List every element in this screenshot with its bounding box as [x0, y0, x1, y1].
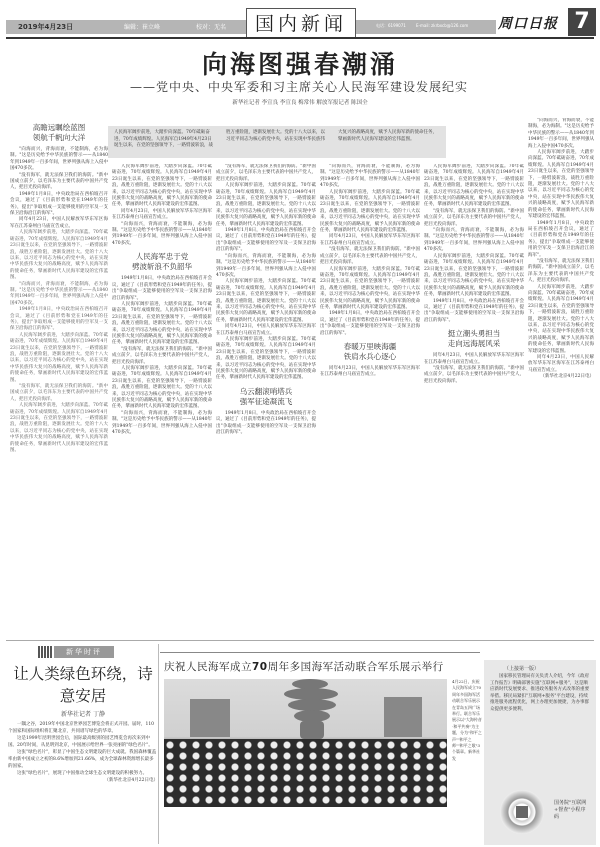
- paragraph: "没有海军，就无法保卫我们的海防。"新中国成立前夕，以毛泽东为主要代表的中国共产…: [424, 366, 524, 385]
- paragraph: "没有海军，就无法保卫我们的海防。"新中国成立前夕，以毛泽东为主要代表的中国共产…: [10, 384, 108, 403]
- paragraph: 人民海军阔步前进，大踏步向深蓝。70年砥砺奋进，70年成绩辉煌。人民海军自194…: [528, 285, 594, 355]
- paragraph: "向海而兴，背海而衰，不能制海，必为海制。"这是历史给予中华民族的警示——从18…: [216, 254, 316, 280]
- paragraph: 这张"绿色名片"，展现了中国推动全球生态文明建设的积极努力。: [8, 770, 158, 777]
- column-subheading: 人民海军忠于党 劈波斩浪不负韶华: [112, 252, 212, 272]
- paragraph: 人民海军阔步前进，大踏步向深蓝。70年砥砺奋进，70年成绩辉煌。人民海军自194…: [320, 190, 420, 235]
- article-column-1: 高瞻远瞩绘蓝图 领航千帆向大洋 "向海而兴，背海而衰，不能制海，必为海制。"这是…: [10, 118, 108, 638]
- lead-summary-box: 人民海军阔步前进，大踏步向深蓝。70年砥砺奋进，70年成绩辉煌。人民海军自194…: [108, 126, 446, 158]
- commentary-article: 新华时评 让人类绿色环绕，诗意安居 新华社记者 丁静 一隅之谷，2019年中国北…: [8, 646, 158, 846]
- paragraph: 同年4月23日，中国人民解放军华东军区海军在江苏泰州白马庙宣告成立。: [112, 209, 212, 222]
- paragraph: 1949年1月8日，中央政治局在西柏坡召开会议，通过了《目前形势和党在1949年…: [528, 221, 594, 259]
- paragraph: 人民海军阔步前进，大踏步向深蓝。70年砥砺奋进，70年成绩辉煌。人民海军自194…: [10, 230, 108, 281]
- main-subhead: ——党中央、中央军委和习主席关心人民海军建设发展纪实: [130, 78, 550, 95]
- article-column-2: 人民海军阔步前进，大踏步向深蓝。70年砥砺奋进，70年成绩辉煌。人民海军自194…: [112, 164, 212, 638]
- paragraph: 人民海军阔步前进，大踏步向深蓝。70年砥砺奋进，70年成绩辉煌。人民海军自194…: [112, 366, 212, 411]
- paragraph: 人民海军阔步前进，大踏步向深蓝。70年砥砺奋进，70年成绩辉煌。人民海军自194…: [528, 150, 594, 220]
- paragraph: 人民海军阔步前进，大踏步向深蓝。70年砥砺奋进，70年成绩辉煌。人民海军自194…: [216, 183, 316, 228]
- section-divider: [6, 640, 594, 641]
- paragraph: 1949年1月8日，中央政治局在西柏坡召开会议，通过了《目前形势和党在1949年…: [10, 192, 108, 218]
- paragraph: 同年4月23日，中国人民解放军华东军区海军在江苏泰州白马庙宣告成立。: [320, 366, 420, 379]
- paragraph: 人民海军阔步前进，大踏步向深蓝。70年砥砺奋进，70年成绩辉煌。人民海军自194…: [112, 164, 212, 209]
- commentary-tag: 新华时评: [38, 646, 118, 658]
- led-screen-right: [384, 697, 422, 737]
- photo-caption: 4月22日，庆祝人民海军成立70周年多国海军活动联合军乐展示在青岛五四广场举行。…: [452, 679, 482, 814]
- paragraph: 1949年1月8日，中央政治局在西柏坡召开会议，通过了《目前形势和党在1949年…: [216, 228, 316, 254]
- section-title: 国内新闻: [246, 8, 356, 38]
- paragraph: 同年4月23日，中国人民解放军华东军区海军在江苏泰州白马庙宣告成立。: [320, 234, 420, 247]
- paragraph: 这张"绿色名片"，彰显了中国生态文明建设的巨大成就。我国森林覆盖率由新中国成立之…: [8, 749, 158, 770]
- paragraph: "没有海军，就无法保卫我们的海防。"新中国成立前夕，以毛泽东为主要代表的中国共产…: [10, 173, 108, 192]
- column-subheading: 乌云翻滚哨塔兵 强军征途凝流飞: [216, 387, 316, 407]
- paragraph: 人民海军阔步前进，大踏步向深蓝。70年砥砺奋进，70年成绩辉煌。人民海军自194…: [216, 279, 316, 324]
- column-divider: [158, 644, 159, 844]
- article-column-3: "没有海军，就无法保卫我们的海防。"新中国成立前夕，以毛泽东为主要代表的中国共产…: [216, 164, 316, 638]
- paragraph: 1949年1月8日，中央政治局在西柏坡召开会议，通过了《目前形势和党在1949年…: [112, 276, 212, 302]
- paragraph: "没有海军，就无法保卫我们的海防。"新中国成立前夕，以毛泽东为主要代表的中国共产…: [528, 259, 594, 285]
- continued-tag: （上接第一版）: [504, 665, 590, 672]
- main-byline: 新华社记者 李宣良 李宣良 梅常伟 解放军报记者 陈国全: [0, 98, 600, 106]
- paragraph: "没有海军，就无法保卫我们的海防。"新中国成立前夕，以毛泽东为主要代表的中国共产…: [320, 247, 420, 266]
- paragraph: 人民海军阔步前进，大踏步向深蓝。70年砥砺奋进，70年成绩辉煌。人民海军自194…: [424, 254, 524, 299]
- commentary-credit: （新华社北京4月22日电）: [8, 777, 158, 784]
- sailors-crowd: [164, 739, 447, 807]
- article-column-6: "向海而兴，背海而衰，不能制海，必为海制。"这是历史给予中华民族的警示——从18…: [528, 118, 594, 638]
- paragraph: "没有海军，就无法保卫我们的海防。"新中国成立前夕，以毛泽东为主要代表的中国共产…: [424, 209, 524, 228]
- paragraph: "向海而兴，背海而衰，不能制海，必为海制。"这是历史给予中华民族的警示——从18…: [10, 147, 108, 173]
- masthead: 2019年4月23日 编辑：崔立峰 校对：无名 国内新闻 电话：6199071 …: [0, 0, 600, 40]
- column-subheading: 春暖万里映海疆 铁肩水兵心逐心: [320, 342, 420, 362]
- main-headline: 向海图强春潮涌: [0, 45, 600, 81]
- navy-band-photo: [164, 679, 447, 807]
- contact-phone: 电话：6199071: [376, 23, 406, 29]
- newspaper-logo: 周口日报: [498, 12, 560, 36]
- paragraph: 人民海军阔步前进，大踏步向深蓝。70年砥砺奋进，70年成绩辉煌。人民海军自194…: [320, 267, 420, 312]
- contact-bar: 电话：6199071 E-mail: zkrbxcb@126.com: [356, 20, 496, 34]
- paragraph: 1949年1月8日，中央政治局在西柏坡召开会议，通过了《目前形势和党在1949年…: [10, 307, 108, 333]
- paragraph: "没有海军，就无法保卫我们的海防。"新中国成立前夕，以毛泽东为主要代表的中国共产…: [216, 164, 316, 183]
- photo-feature-title: 庆祝人民海军成立70周年多国海军活动联合军乐展示举行: [164, 659, 480, 674]
- continued-article-box: （上接第一版） 国家移民管理局有关负责人介绍，今年《政府工作报告》明确部署实施"…: [484, 660, 596, 845]
- paragraph: "向海而兴，背海而衰，不能制海，必为海制。"这是历史给予中华民族的警示——从18…: [320, 164, 420, 190]
- masthead-info-bar: 2019年4月23日 编辑：崔立峰 校对：无名: [6, 20, 246, 34]
- lead-text: 人民海军阔步前进，大踏步向深蓝。70年砥砺奋进，70年成绩辉煌。人民海军自194…: [108, 126, 446, 154]
- paragraph: 人民海军阔步前进，大踏步向深蓝。70年砥砺奋进，70年成绩辉煌。人民海军自194…: [10, 333, 108, 384]
- led-screen-left: [190, 699, 230, 737]
- paragraph: 人民海军阔步前进，大踏步向深蓝。70年砥砺奋进，70年成绩辉煌。人民海军自194…: [424, 164, 524, 209]
- paragraph: 人民海军阔步前进，大踏步向深蓝。70年砥砺奋进，70年成绩辉煌。人民海军自194…: [112, 302, 212, 347]
- barcode-ornament-icon: [38, 646, 52, 658]
- commentary-title: 让人类绿色环绕，诗意安居: [8, 662, 158, 706]
- paragraph: 一隅之谷，2019年中国北京世界园艺博览会将正式开园。届时，110个国家和国际组…: [8, 721, 158, 735]
- paragraph: 同年4月23日，中国人民解放军华东军区海军在江苏泰州白马庙宣告成立。: [424, 353, 524, 366]
- page-number: 7: [568, 8, 596, 36]
- continued-body: 国家移民管理局有关负责人介绍，今年《政府工作报告》明确部署实施"互联网+服务"，…: [490, 674, 590, 714]
- paragraph: 这是1999年昆明世园会后，国际最高级别的园艺博览会再次来到中国。20年时间，从…: [8, 735, 158, 749]
- article-closing-credit: （新华社北京4月22日电）: [528, 374, 594, 380]
- contact-email: E-mail: zkrbxcb@126.com: [416, 23, 468, 28]
- commentary-body: 一隅之谷，2019年中国北京世界园艺博览会将正式开园。届时，110个国家和国际组…: [8, 721, 158, 784]
- column-subheading: 挺立潮头勇担当 走向远海展风采: [424, 329, 524, 349]
- column-subheading: 高瞻远瞩绘蓝图 领航千帆向大洋: [10, 123, 108, 143]
- qr-code-icon[interactable]: [500, 790, 544, 834]
- qr-caption: 国务院"互联网+督查"小程序码: [554, 800, 590, 821]
- masthead-rule: [6, 37, 594, 39]
- paragraph: 1949年1月8日，中央政治局在西柏坡召开会议，通过了《目前形势和党在1949年…: [216, 411, 316, 437]
- paragraph: 1949年1月8日，中央政治局在西柏坡召开会议，通过了《目前形势和党在1949年…: [320, 311, 420, 337]
- photo-feature: 庆祝人民海军成立70周年多国海军活动联合军乐展示举行 4月22日，庆祝人民海军成…: [160, 652, 480, 847]
- paragraph: 1949年1月8日，中央政治局在西柏坡召开会议，通过了《目前形势和党在1949年…: [424, 299, 524, 325]
- paragraph: "向海而兴，背海而衰，不能制海，必为海制。"这是历史给予中华民族的警示——从18…: [112, 411, 212, 437]
- paragraph: "向海而兴，背海而衰，不能制海，必为海制。"这是历史给予中华民族的警示——从18…: [112, 222, 212, 248]
- paragraph: "没有海军，就无法保卫我们的海防。"新中国成立前夕，以毛泽东为主要代表的中国共产…: [112, 347, 212, 366]
- paragraph: 同年4月23日，中国人民解放军华东军区海军在江苏泰州白马庙宣告成立。: [10, 217, 108, 230]
- paragraph: 人民海军阔步前进，大踏步向深蓝。70年砥砺奋进，70年成绩辉煌。人民海军自194…: [216, 337, 316, 382]
- paragraph: "向海而兴，背海而衰，不能制海，必为海制。"这是历史给予中华民族的警示——从18…: [424, 228, 524, 254]
- commentary-byline: 新华社记者 丁静: [8, 709, 158, 718]
- article-column-5: 人民海军阔步前进，大踏步向深蓝。70年砥砺奋进，70年成绩辉煌。人民海军自194…: [424, 164, 524, 638]
- paragraph: "向海而兴，背海而衰，不能制海，必为海制。"这是历史给予中华民族的警示——从18…: [528, 118, 594, 150]
- article-column-4: "向海而兴，背海而衰，不能制海，必为海制。"这是历史给予中华民族的警示——从18…: [320, 164, 420, 638]
- proofreader-credit: 校对：无名: [196, 22, 226, 31]
- issue-date: 2019年4月23日: [18, 22, 73, 32]
- paragraph: 同年4月23日，中国人民解放军华东军区海军在江苏泰州白马庙宣告成立。: [528, 355, 594, 374]
- editor-credit: 编辑：崔立峰: [124, 22, 160, 31]
- paragraph: "向海而兴，背海而衰，不能制海，必为海制。"这是历史给予中华民族的警示——从18…: [10, 282, 108, 308]
- paragraph: 人民海军阔步前进，大踏步向深蓝。70年砥砺奋进，70年成绩辉煌。人民海军自194…: [10, 403, 108, 454]
- paragraph: 同年4月23日，中国人民解放军华东军区海军在江苏泰州白马庙宣告成立。: [216, 324, 316, 337]
